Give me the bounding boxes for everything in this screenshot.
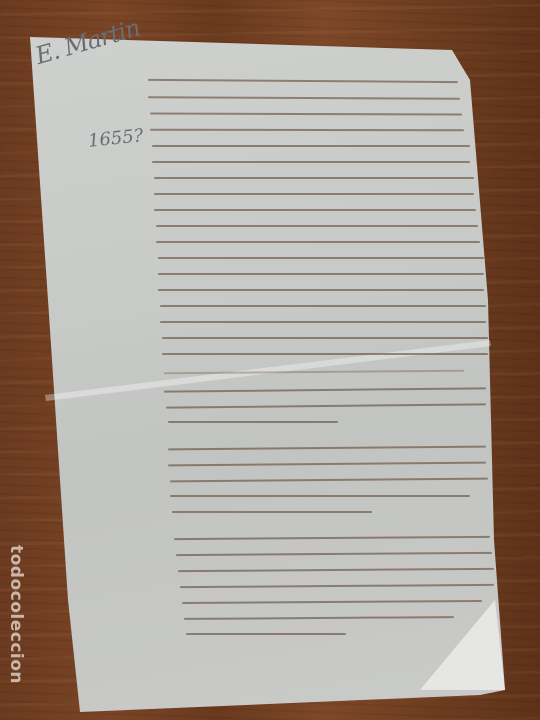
watermark: todocoleccion	[4, 545, 26, 715]
manuscript-page	[0, 0, 540, 720]
